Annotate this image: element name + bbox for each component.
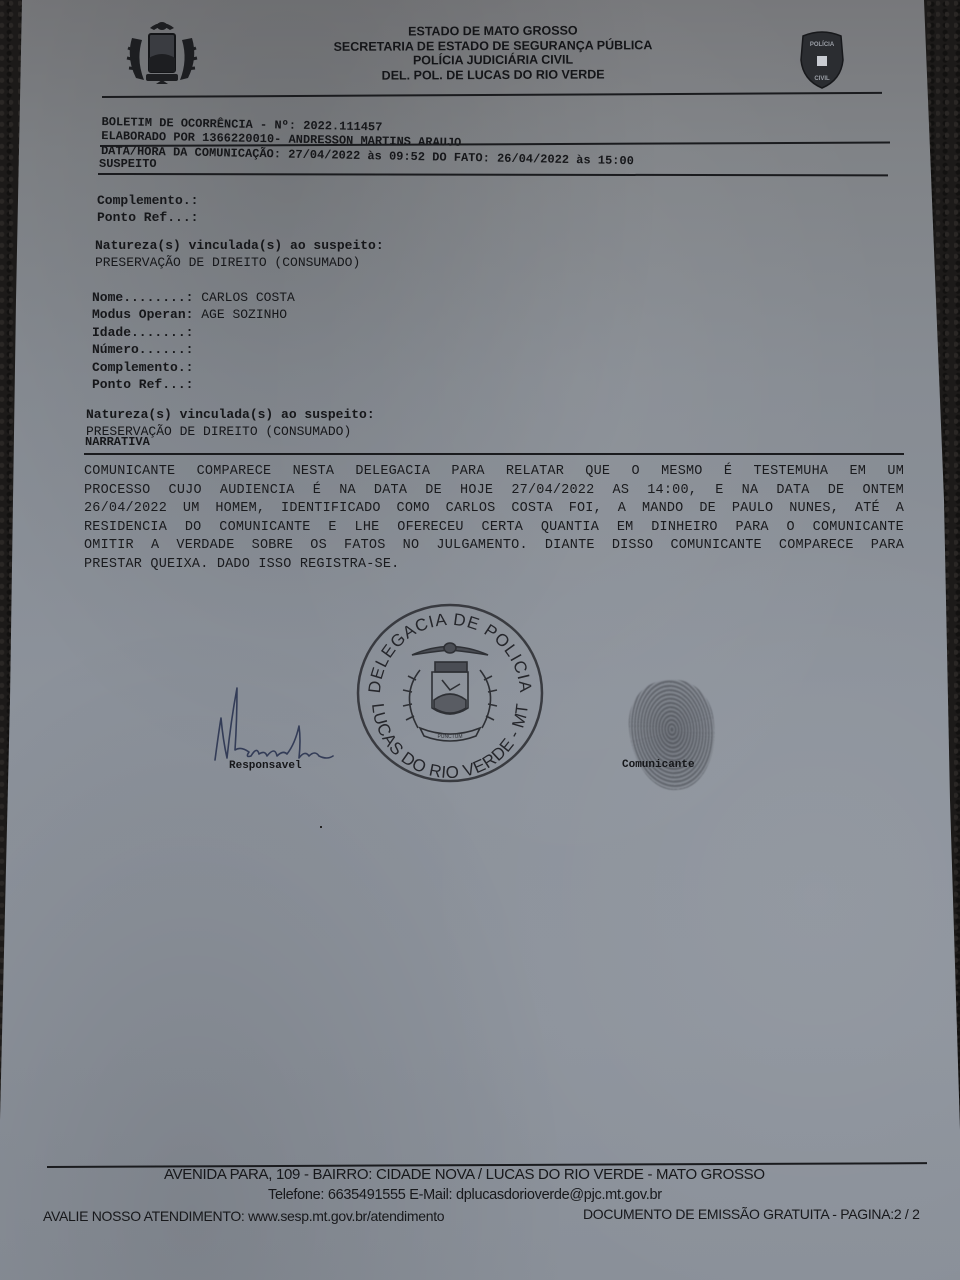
narrative-line: PROCESSO CUJO AUDIENCIA É NA DATA DE HOJ…	[84, 482, 904, 501]
footer-page-info: DOCUMENTO DE EMISSÃO GRATUITA - PAGINA:2…	[583, 1206, 920, 1222]
narrative-line: COMUNICANTE COMPARECE NESTA DELEGACIA PA…	[84, 463, 904, 482]
fact-date: 26/04/2022 às 15:00	[497, 151, 634, 168]
footer-contact: Telefone: 6635491555 E-Mail: dplucasdori…	[268, 1187, 662, 1203]
responsavel-label: Responsavel	[229, 760, 302, 772]
report-number: 2022.111457	[303, 118, 382, 134]
mato-grosso-coat-of-arms-icon	[122, 18, 202, 88]
field-nome: Nome........: CARLOS COSTA	[92, 289, 295, 307]
header-secretariat: SECRETARIA DE ESTADO DE SEGURANÇA PÚBLIC…	[300, 37, 686, 54]
coat-of-arms-icon	[403, 643, 497, 741]
divider	[84, 453, 904, 455]
section-title-suspeito: SUSPEITO	[99, 157, 157, 171]
field-numero: Número......:	[92, 341, 295, 359]
section-title-narrativa: NARRATIVA	[85, 435, 150, 449]
svg-text:POLÍCIA: POLÍCIA	[810, 40, 835, 48]
natureza-label: Natureza(s) vinculada(s) ao suspeito:	[95, 237, 384, 255]
footer-address: AVENIDA PARA, 109 - BAIRRO: CIDADE NOVA …	[164, 1166, 765, 1183]
natureza-label: Natureza(s) vinculada(s) ao suspeito:	[86, 406, 375, 424]
narrative-line: 26/04/2022 UM HOMEM, IDENTIFICADO COMO C…	[84, 500, 904, 519]
svg-text:CIVIL: CIVIL	[814, 76, 830, 82]
stamp-motto: PUNCTUM	[438, 734, 463, 740]
policia-civil-badge-icon: POLÍCIA CIVIL	[797, 30, 847, 90]
police-stamp: DELEGACIA DE POLICIA LUCAS DO RIO VERDE …	[350, 600, 550, 790]
ink-dot	[320, 826, 322, 828]
header-delegacia: DEL. POL. DE LUCAS DO RIO VERDE	[300, 66, 686, 83]
fact-date-label: DO FATO:	[432, 150, 490, 165]
divider	[102, 92, 882, 98]
narrative-text: COMUNICANTE COMPARECE NESTA DELEGACIA PA…	[84, 463, 904, 575]
comunicante-label: Comunicante	[622, 759, 695, 771]
document-header: ESTADO DE MATO GROSSO SECRETARIA DE ESTA…	[300, 23, 686, 83]
communication-date: 27/04/2022 às 09:52	[288, 147, 425, 164]
footer-evaluate-link: AVALIE NOSSO ATENDIMENTO: www.sesp.mt.go…	[43, 1208, 444, 1224]
narrative-line: OMITIR A VERDADE SOBRE OS FATOS NO JULGA…	[84, 537, 904, 556]
field-idade: Idade.......:	[92, 324, 295, 342]
police-report-page: ESTADO DE MATO GROSSO SECRETARIA DE ESTA…	[0, 0, 960, 1280]
field-complemento: Complemento.:	[97, 192, 206, 210]
narrative-line: PRESTAR QUEIXA. DADO ISSO REGISTRA-SE.	[84, 556, 904, 575]
field-complemento: Complemento.:	[92, 359, 295, 377]
narrative-line: RESIDENCIA DO COMUNICANTE E LHE OFERECEU…	[84, 519, 904, 538]
field-modus-operandi: Modus Operan: AGE SOZINHO	[92, 306, 295, 324]
elaborated-by-label: ELABORADO POR	[101, 129, 195, 145]
comunicante-fingerprint	[624, 676, 720, 794]
natureza-value: PRESERVAÇÃO DE DIREITO (CONSUMADO)	[95, 254, 384, 272]
